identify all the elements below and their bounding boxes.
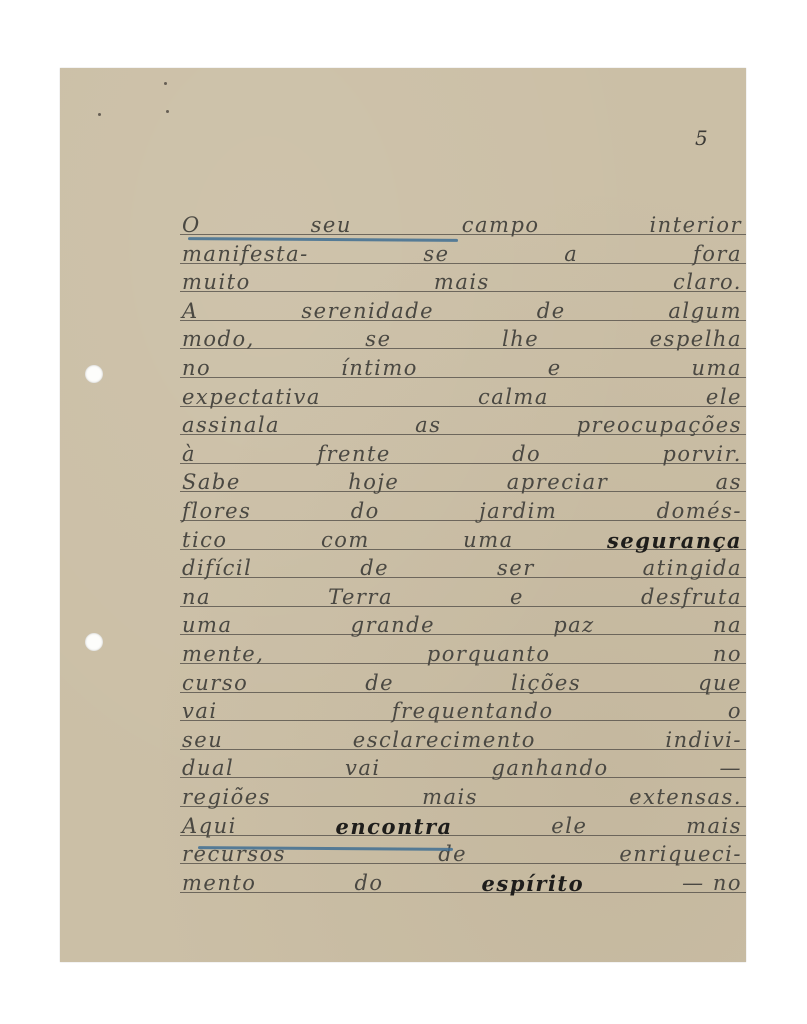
word: difícil bbox=[182, 558, 252, 579]
word: dual bbox=[182, 758, 234, 779]
word: porvir. bbox=[662, 444, 742, 465]
word: indivi- bbox=[665, 730, 742, 751]
word: grande bbox=[351, 615, 435, 636]
text-line: dualvaiganhando— bbox=[182, 753, 742, 779]
word: o bbox=[728, 701, 742, 722]
word: na bbox=[713, 615, 742, 636]
text-line: seuesclarecimentoindivi- bbox=[182, 725, 742, 751]
word: ele bbox=[706, 387, 742, 408]
word: lições bbox=[511, 673, 581, 694]
ink-speck bbox=[98, 113, 101, 116]
word: ser bbox=[497, 558, 535, 579]
word: frequentando bbox=[392, 701, 554, 722]
word: calma bbox=[478, 387, 549, 408]
word: de bbox=[360, 558, 389, 579]
word: preocupações bbox=[577, 415, 742, 436]
word: ganhando bbox=[491, 758, 608, 779]
word: uma bbox=[463, 530, 513, 551]
text-line: assinalaaspreocupações bbox=[182, 410, 742, 436]
ink-speck bbox=[164, 82, 167, 85]
word: as bbox=[716, 472, 742, 493]
text-line: umagrandepazna bbox=[182, 610, 742, 636]
word: tico bbox=[182, 530, 228, 551]
word: mais bbox=[422, 787, 478, 808]
word: segurança bbox=[607, 530, 742, 551]
text-line: expectativacalmaele bbox=[182, 382, 742, 408]
word: com bbox=[321, 530, 370, 551]
word: e bbox=[548, 358, 562, 379]
word: do bbox=[512, 444, 541, 465]
text-line: Aquiencontraelemais bbox=[182, 811, 742, 837]
word: seu bbox=[311, 215, 352, 236]
word: algum bbox=[668, 301, 742, 322]
word: frente bbox=[317, 444, 391, 465]
ink-speck bbox=[166, 110, 169, 113]
word: desfruta bbox=[641, 587, 742, 608]
text-line: vaifrequentandoo bbox=[182, 696, 742, 722]
word: encontra bbox=[336, 816, 453, 837]
word: à bbox=[182, 444, 196, 465]
word: porquanto bbox=[427, 644, 551, 665]
word: claro. bbox=[673, 272, 742, 293]
word: esclarecimento bbox=[353, 730, 536, 751]
word: jardim bbox=[479, 501, 557, 522]
word: — bbox=[719, 758, 742, 779]
word: ele bbox=[551, 816, 587, 837]
word: — no bbox=[682, 873, 742, 894]
word: extensas. bbox=[629, 787, 742, 808]
word: de bbox=[537, 301, 566, 322]
word: paz bbox=[553, 615, 595, 636]
word: no bbox=[182, 358, 211, 379]
word: assinala bbox=[182, 415, 280, 436]
page-number: 5 bbox=[695, 126, 708, 150]
text-line: mente,porquantono bbox=[182, 639, 742, 665]
word: Aqui bbox=[182, 816, 237, 837]
word: curso bbox=[182, 673, 248, 694]
word: mento bbox=[182, 873, 256, 894]
word: muito bbox=[182, 272, 251, 293]
word: e bbox=[510, 587, 524, 608]
text-line: ticocomumasegurança bbox=[182, 525, 742, 551]
word: espelha bbox=[650, 329, 742, 350]
manuscript-page: 5 Oseucampointeriormanifesta-seaforamuit… bbox=[60, 68, 746, 962]
text-line: recursosdeenriqueci- bbox=[182, 839, 742, 865]
word: mais bbox=[434, 272, 490, 293]
word: do bbox=[354, 873, 383, 894]
word: a bbox=[564, 244, 578, 265]
word: regiões bbox=[182, 787, 271, 808]
text-line: floresdojardimdomés- bbox=[182, 496, 742, 522]
word: flores bbox=[182, 501, 251, 522]
word: hoje bbox=[348, 472, 399, 493]
word: seu bbox=[182, 730, 223, 751]
word: modo, bbox=[182, 329, 255, 350]
text-line: naTerraedesfruta bbox=[182, 582, 742, 608]
text-line: manifesta-seafora bbox=[182, 239, 742, 265]
word: uma bbox=[692, 358, 742, 379]
text-line: àfrentedoporvir. bbox=[182, 439, 742, 465]
word: mais bbox=[686, 816, 742, 837]
word: íntimo bbox=[341, 358, 418, 379]
text-line: cursodeliçõesque bbox=[182, 668, 742, 694]
word: espírito bbox=[482, 873, 585, 894]
word: fora bbox=[693, 244, 742, 265]
word: as bbox=[415, 415, 441, 436]
text-line: muitomaisclaro. bbox=[182, 267, 742, 293]
text-line: regiõesmaisextensas. bbox=[182, 782, 742, 808]
word: atingida bbox=[643, 558, 742, 579]
text-line: Aserenidadedealgum bbox=[182, 296, 742, 322]
word: se bbox=[365, 329, 391, 350]
word: A bbox=[182, 301, 199, 322]
word: expectativa bbox=[182, 387, 321, 408]
word: domés- bbox=[657, 501, 742, 522]
word: na bbox=[182, 587, 211, 608]
word: enriqueci- bbox=[619, 844, 742, 865]
text-line: noíntimoeuma bbox=[182, 353, 742, 379]
word: Terra bbox=[328, 587, 393, 608]
word: vai bbox=[182, 701, 218, 722]
word: uma bbox=[182, 615, 232, 636]
word: campo bbox=[462, 215, 540, 236]
word: que bbox=[698, 673, 742, 694]
word: mente, bbox=[182, 644, 264, 665]
text-line: difícildeseratingida bbox=[182, 553, 742, 579]
text-line: modo,selheespelha bbox=[182, 324, 742, 350]
text-line: Oseucampointerior bbox=[182, 210, 742, 236]
word: vai bbox=[345, 758, 381, 779]
word: Sabe bbox=[182, 472, 241, 493]
text-line: Sabehojeapreciaras bbox=[182, 467, 742, 493]
word: apreciar bbox=[507, 472, 608, 493]
word: manifesta- bbox=[182, 244, 309, 265]
punch-hole-bottom bbox=[85, 633, 103, 651]
word: do bbox=[351, 501, 380, 522]
word: lhe bbox=[502, 329, 539, 350]
text-line: mentodoespírito— no bbox=[182, 868, 742, 894]
word: O bbox=[182, 215, 201, 236]
word: se bbox=[423, 244, 449, 265]
word: serenidade bbox=[301, 301, 434, 322]
punch-hole-top bbox=[85, 365, 103, 383]
word: interior bbox=[649, 215, 742, 236]
word: no bbox=[713, 644, 742, 665]
word: de bbox=[365, 673, 394, 694]
